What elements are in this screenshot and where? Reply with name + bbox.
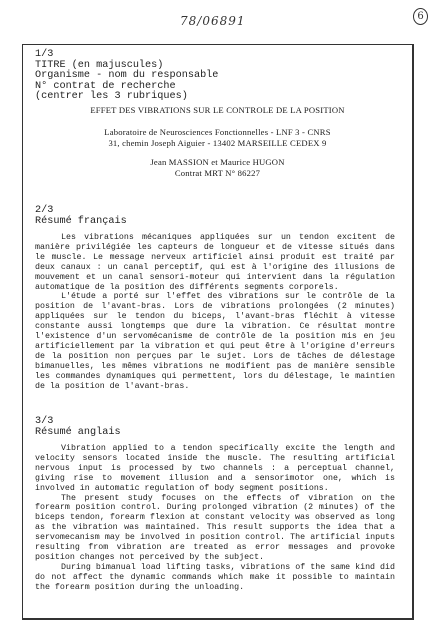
french-abstract: Les vibrations mécaniques appliquées sur… <box>35 233 395 392</box>
organisation-line-2: 31, chemin Joseph Aiguier - 13402 MARSEI… <box>23 138 412 148</box>
responsables: Jean MASSION et Maurice HUGON <box>23 157 412 167</box>
english-abstract: Vibration applied to a tendon specifical… <box>35 444 395 593</box>
section2-heading: Résumé français <box>35 217 127 228</box>
form-frame: 1/3 TITRE (en majuscules) Organisme - no… <box>22 44 414 620</box>
section3-heading: Résumé anglais <box>35 428 121 439</box>
english-paragraph-3: During bimanual load lifting tasks, vibr… <box>35 563 395 593</box>
section2-label: 2/3 <box>35 206 53 217</box>
english-paragraph-2: The present study focuses on the effects… <box>35 494 395 563</box>
section1-label: 1/3 <box>35 50 53 61</box>
french-paragraph-2: L'étude a porté sur l'effet des vibratio… <box>35 292 395 391</box>
french-paragraph-1: Les vibrations mécaniques appliquées sur… <box>35 233 395 292</box>
circled-page-number: 6 <box>413 8 428 25</box>
organisation-line-1: Laboratoire de Neurosciences Fonctionnel… <box>23 127 412 137</box>
english-paragraph-1: Vibration applied to a tendon specifical… <box>35 444 395 494</box>
instruction-organisation: Organisme - nom du responsable <box>35 71 218 82</box>
section3-label: 3/3 <box>35 417 53 428</box>
instruction-center: (centrer les 3 rubriques) <box>35 92 188 103</box>
document-title: EFFET DES VIBRATIONS SUR LE CONTROLE DE … <box>23 105 412 115</box>
handwritten-reference-number: 78/06891 <box>180 14 246 28</box>
contract-number: Contrat MRT N° 86227 <box>23 168 412 178</box>
